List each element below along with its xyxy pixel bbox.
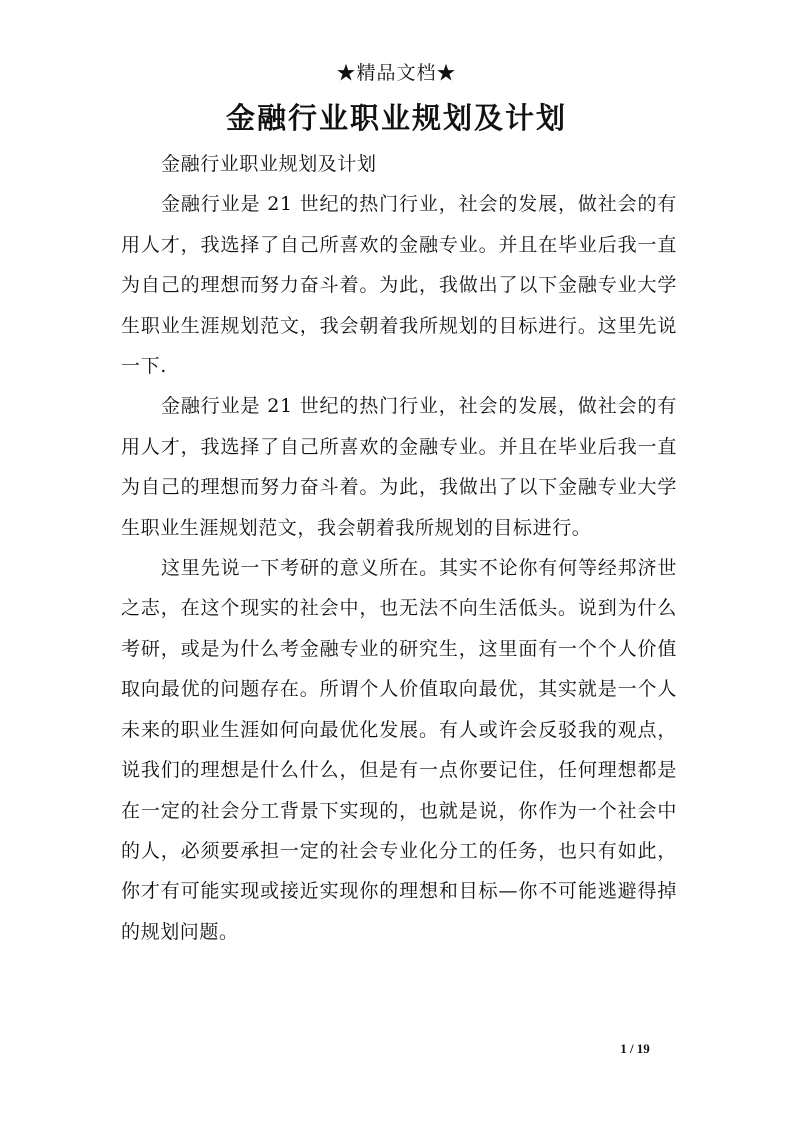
body-paragraph: 金融行业是 21 世纪的热门行业，社会的发展，做社会的有用人才，我选择了自己所喜… bbox=[121, 386, 677, 548]
page-number: 1 / 19 bbox=[605, 1041, 665, 1057]
document-header-label: ★精品文档★ bbox=[0, 58, 793, 85]
body-paragraph: 金融行业是 21 世纪的热门行业，社会的发展，做社会的有用人才，我选择了自己所喜… bbox=[121, 184, 677, 386]
body-paragraph: 这里先说一下考研的意义所在。其实不论你有何等经邦济世之志，在这个现实的社会中，也… bbox=[121, 548, 677, 952]
document-body: 金融行业职业规划及计划 金融行业是 21 世纪的热门行业，社会的发展，做社会的有… bbox=[121, 144, 677, 952]
document-title: 金融行业职业规划及计划 bbox=[0, 96, 793, 137]
subtitle-paragraph: 金融行业职业规划及计划 bbox=[121, 144, 677, 184]
